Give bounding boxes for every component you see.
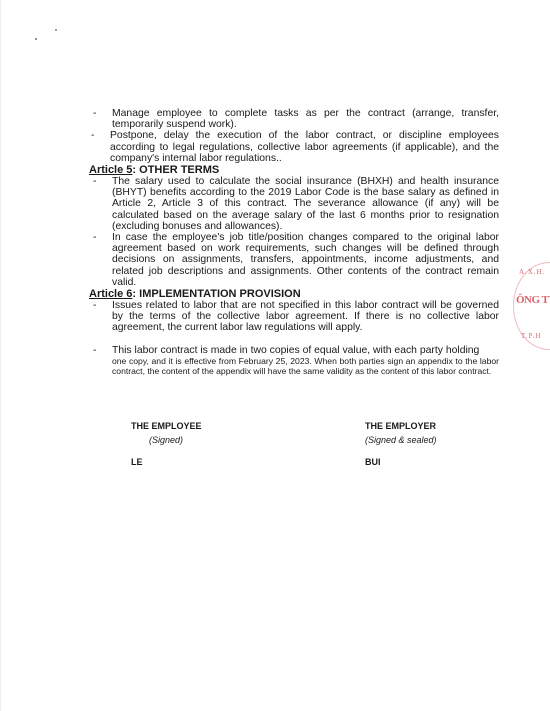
list-item-continuation: one copy, and it is effective from Febru…: [93, 356, 499, 377]
bullet-dash: -: [93, 176, 96, 187]
bullet-dash: -: [91, 130, 94, 141]
list-item: - This labor contract is made in two cop…: [93, 345, 499, 356]
item-text-first-line: This labor contract is made in two copie…: [112, 345, 499, 356]
article-5-label: Article 5: [89, 164, 132, 176]
list-item: - In case the employee's job title/posit…: [93, 232, 499, 288]
employer-role: THE EMPLOYER: [365, 421, 437, 431]
company-seal-stamp: A.X.H. ÔNG TY T.P.H: [513, 262, 550, 352]
document-page: - Manage employee to complete tasks as p…: [0, 0, 550, 711]
bullet-dash: -: [93, 345, 96, 356]
article-5-heading: Article 5: OTHER TERMS: [89, 164, 499, 176]
seal-text-top: A.X.H.: [519, 268, 545, 276]
article-5-title: : OTHER TERMS: [132, 164, 219, 176]
seal-text-middle: ÔNG TY: [516, 294, 550, 306]
list-item: - Issues related to labor that are not s…: [93, 300, 499, 334]
article-6-heading: Article 6: IMPLEMENTATION PROVISION: [89, 288, 499, 300]
item-text: Postpone, delay the execution of the lab…: [110, 130, 499, 163]
employee-signature-block: THE EMPLOYEE (Signed) LE: [131, 421, 202, 467]
scan-speck: [55, 29, 57, 31]
contract-body: - Manage employee to complete tasks as p…: [93, 108, 499, 377]
employer-name: BUI: [365, 457, 437, 467]
employer-note: (Signed & sealed): [365, 435, 437, 445]
article-6-title: : IMPLEMENTATION PROVISION: [132, 288, 300, 300]
item-text: Manage employee to complete tasks as per…: [112, 108, 499, 130]
employer-signature-block: THE EMPLOYER (Signed & sealed) BUI: [365, 421, 437, 467]
employee-name: LE: [131, 457, 202, 467]
item-text: In case the employee's job title/positio…: [112, 232, 499, 288]
item-text-rest: one copy, and it is effective from Febru…: [112, 356, 499, 376]
list-item: - Manage employee to complete tasks as p…: [93, 108, 499, 130]
list-item: - The salary used to calculate the socia…: [93, 176, 499, 232]
item-text: The salary used to calculate the social …: [112, 176, 499, 232]
scan-speck: [35, 38, 37, 40]
article-6-label: Article 6: [89, 288, 132, 300]
bullet-dash: -: [93, 108, 96, 119]
bullet-dash: -: [93, 300, 96, 311]
bullet-dash: -: [93, 232, 96, 243]
employee-note: (Signed): [149, 435, 202, 445]
employee-role: THE EMPLOYEE: [131, 421, 202, 431]
seal-text-bottom: T.P.H: [521, 332, 541, 340]
spacer: [93, 334, 499, 345]
list-item: - Postpone, delay the execution of the l…: [91, 130, 499, 164]
item-text: Issues related to labor that are not spe…: [112, 300, 499, 333]
